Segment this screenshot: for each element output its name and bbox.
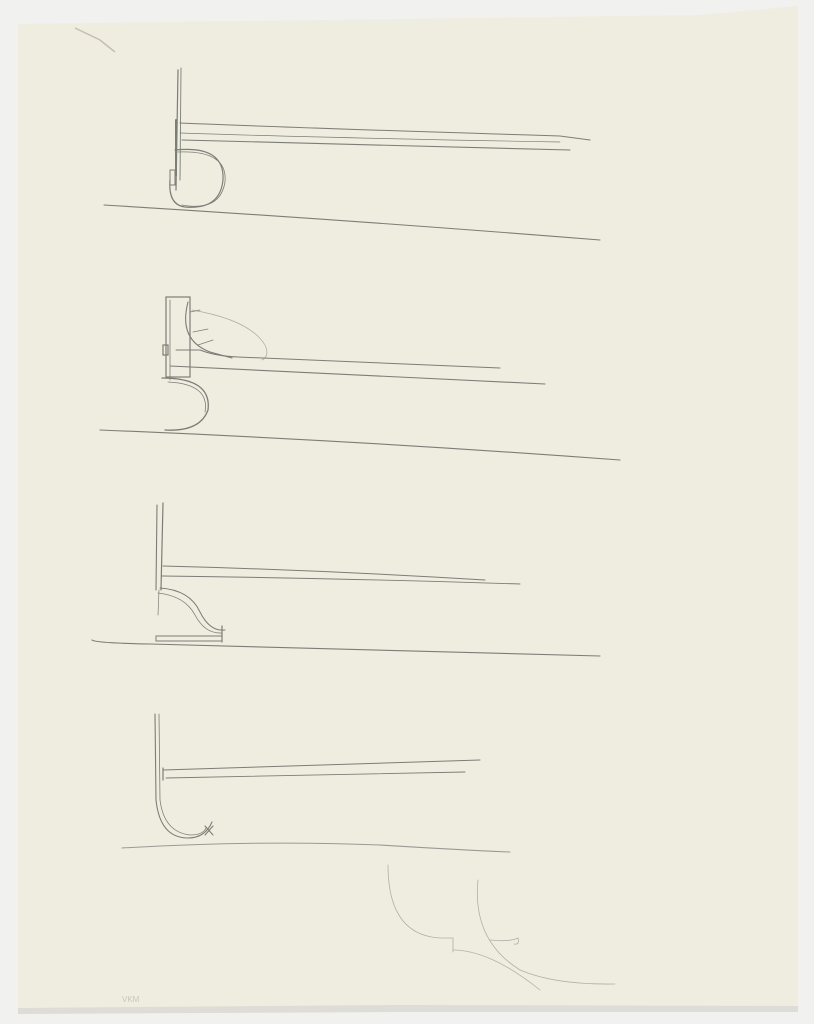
marginal-text: VKM [122, 995, 140, 1004]
pencil-drawing: VKM [0, 0, 814, 1024]
sketch-sheet: VKM [0, 0, 814, 1024]
paper-sheet [18, 6, 798, 1012]
